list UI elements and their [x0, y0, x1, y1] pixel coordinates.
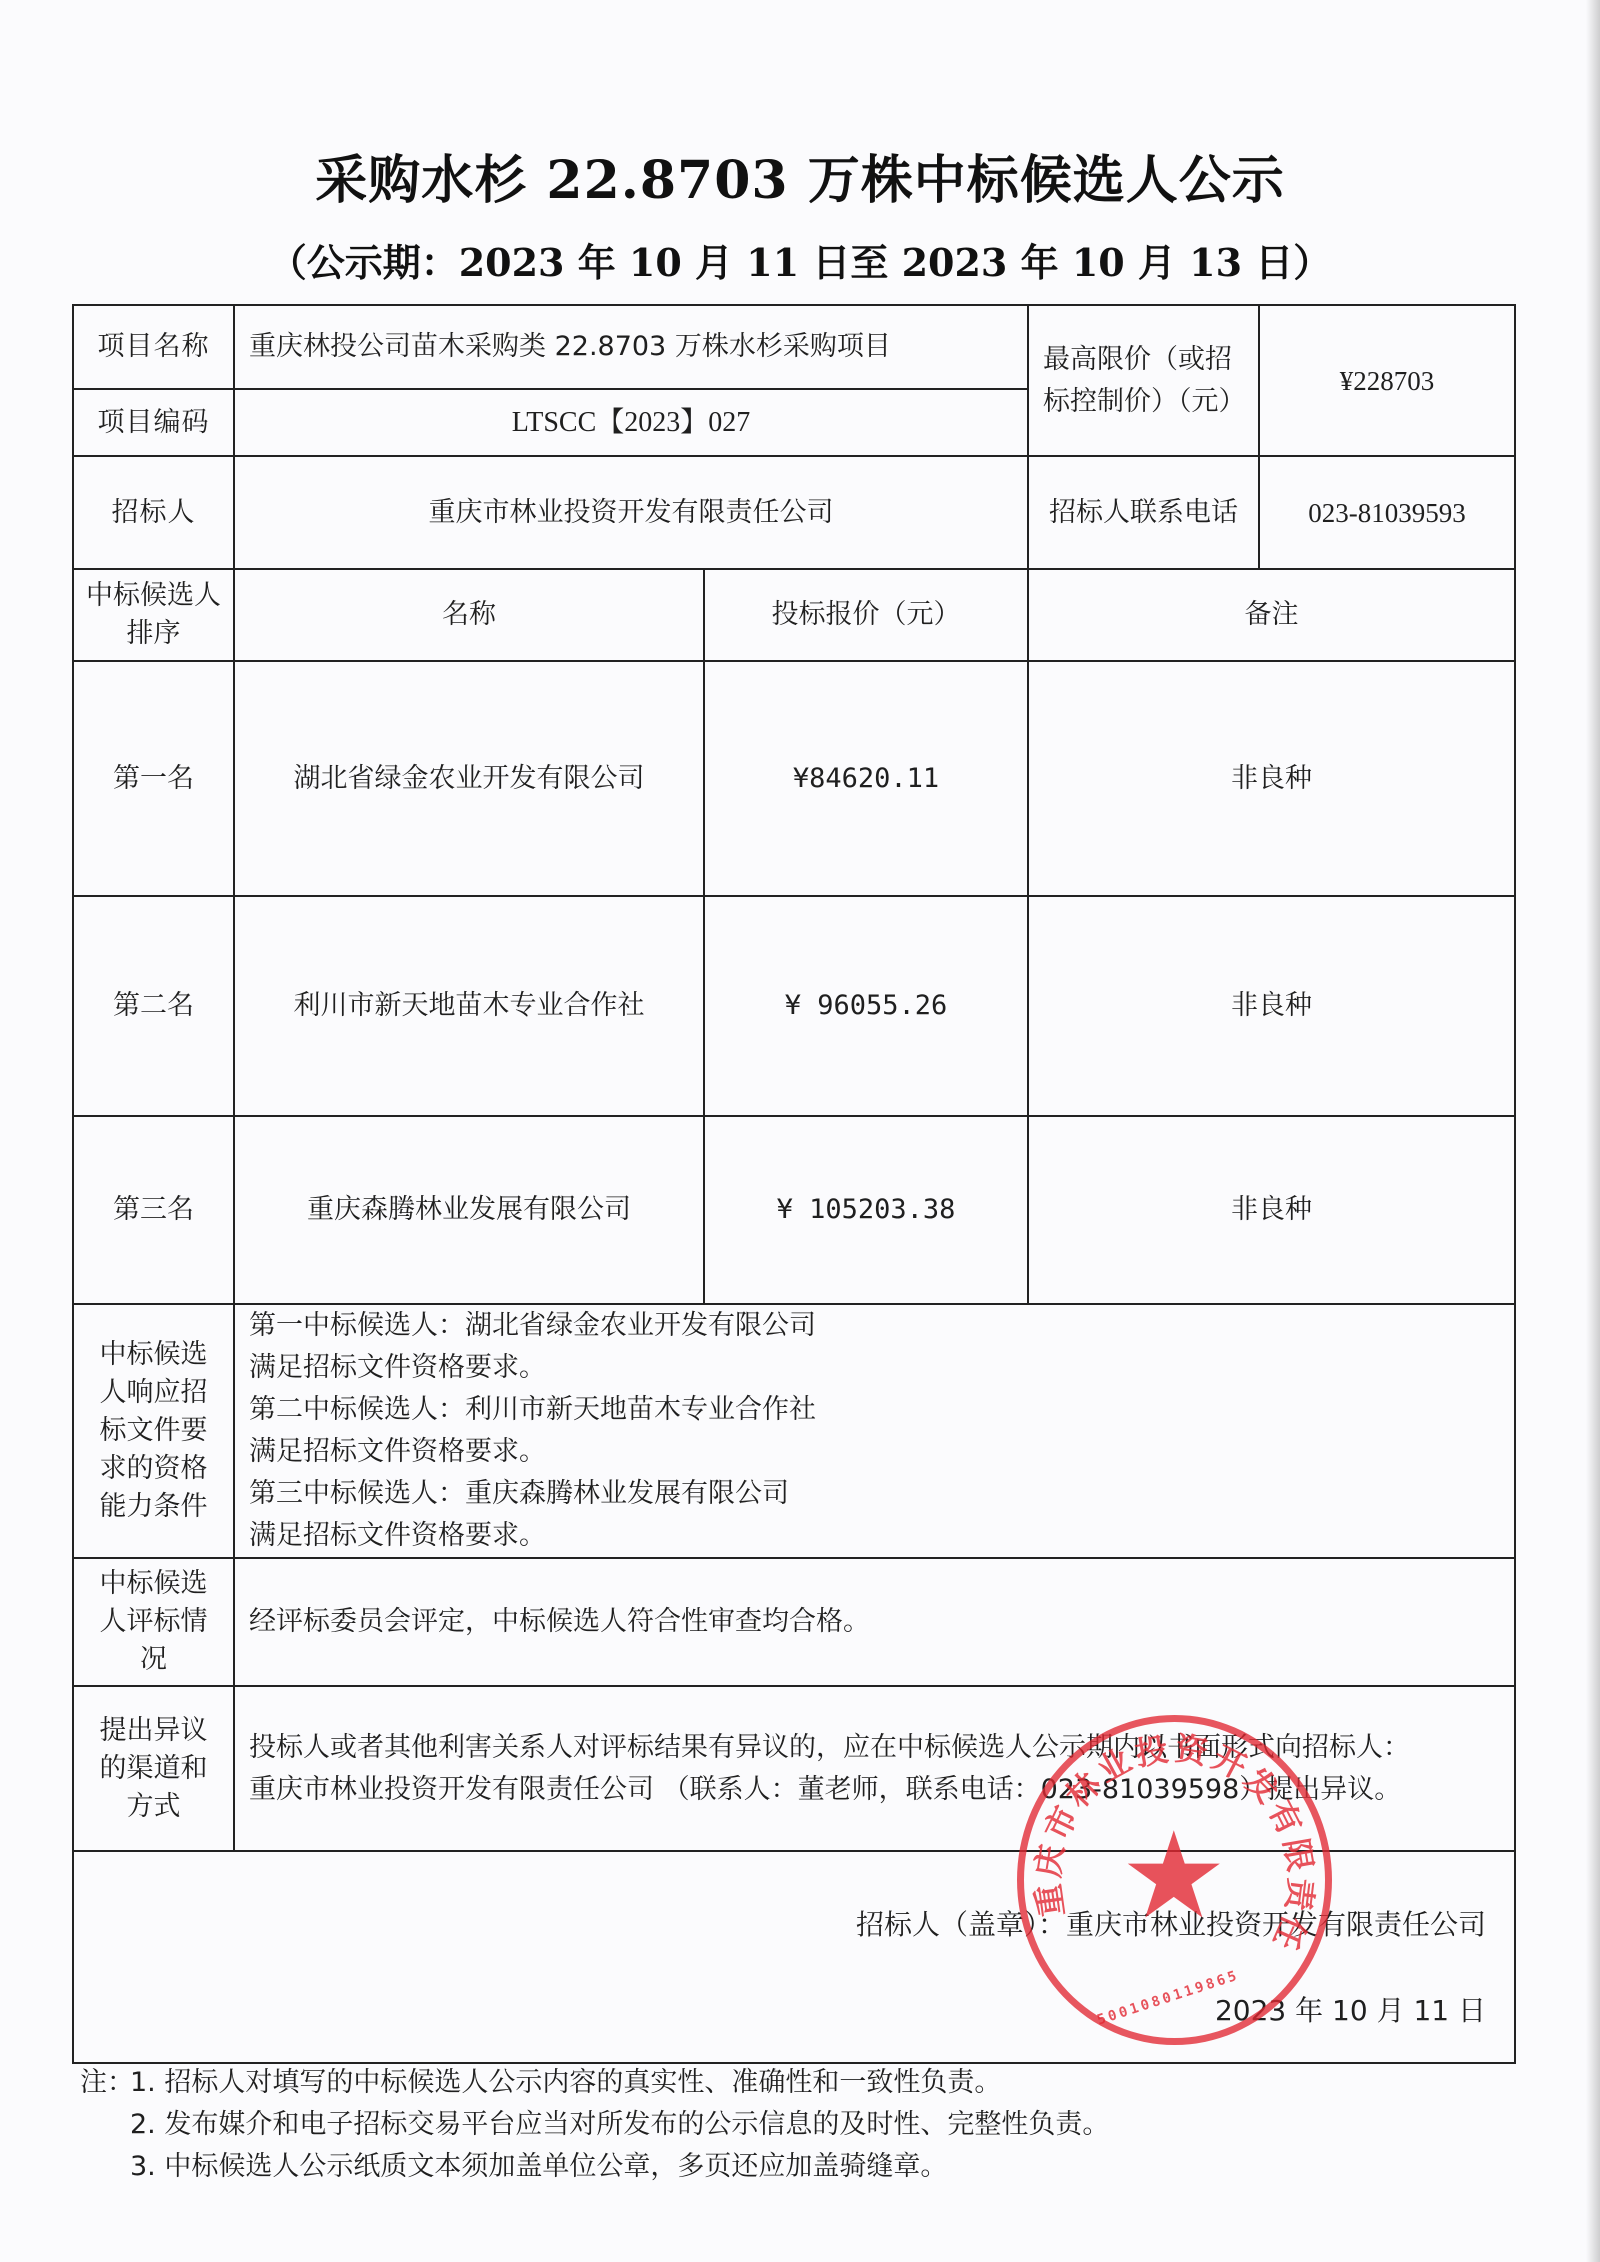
note-item: 2. 发布媒介和电子招标交易平台应当对所发布的公示信息的及时性、完整性负责。 [80, 2104, 1520, 2146]
objection-label: 提出异议的渠道和方式 [73, 1686, 234, 1851]
candidate-rank: 第二名 [73, 896, 234, 1116]
max-price-value: ¥228703 [1259, 305, 1515, 456]
notes-prefix: 注： [80, 2062, 130, 2104]
qualification-line: 第三中标候选人：重庆森腾林业发展有限公司 [249, 1473, 1506, 1515]
signature-date: 2023 年 10 月 11 日 [1215, 1990, 1486, 2032]
evaluation-label: 中标候选人评标情况 [73, 1558, 234, 1686]
candidate-row: 第三名 重庆森腾林业发展有限公司 ¥ 105203.38 非良种 [73, 1116, 1515, 1304]
objection-line-2: 重庆市林业投资开发有限责任公司 （联系人：董老师，联系电话：023-810395… [249, 1769, 1506, 1811]
project-code-label: 项目编码 [73, 389, 234, 456]
candidate-name: 湖北省绿金农业开发有限公司 [234, 661, 704, 896]
document-title: 采购水杉 22.8703 万株中标候选人公示 [0, 138, 1600, 213]
candidate-remark: 非良种 [1028, 896, 1515, 1116]
note-text: 2. 发布媒介和电子招标交易平台应当对所发布的公示信息的及时性、完整性负责。 [130, 2109, 1109, 2140]
qualification-line: 第一中标候选人：湖北省绿金农业开发有限公司 [249, 1305, 1506, 1347]
qualification-content: 第一中标候选人：湖北省绿金农业开发有限公司 满足招标文件资格要求。 第二中标候选… [234, 1304, 1515, 1558]
row-qualification: 中标候选人响应招标文件要求的资格能力条件 第一中标候选人：湖北省绿金农业开发有限… [73, 1304, 1515, 1558]
project-code-value: LTSCC【2023】027 [234, 389, 1028, 456]
header-remark: 备注 [1028, 569, 1515, 661]
scan-edge-shadow [1586, 0, 1600, 2262]
header-bid-price: 投标报价（元） [704, 569, 1028, 661]
project-name-label: 项目名称 [73, 305, 234, 389]
qualification-label: 中标候选人响应招标文件要求的资格能力条件 [73, 1304, 234, 1558]
qualification-line: 第二中标候选人：利川市新天地苗木专业合作社 [249, 1389, 1506, 1431]
candidate-rank: 第一名 [73, 661, 234, 896]
row-signature: 招标人（盖章）：重庆市林业投资开发有限责任公司 2023 年 10 月 11 日 [73, 1851, 1515, 2063]
max-price-label: 最高限价（或招标控制价）（元） [1028, 305, 1259, 456]
candidate-bid-price: ¥ 96055.26 [704, 896, 1028, 1116]
notes-section: 注：1. 招标人对填写的中标候选人公示内容的真实性、准确性和一致性负责。 2. … [80, 2062, 1520, 2188]
qualification-line: 满足招标文件资格要求。 [249, 1515, 1506, 1557]
candidate-name: 重庆森腾林业发展有限公司 [234, 1116, 704, 1304]
candidate-bid-price: ¥ 105203.38 [704, 1116, 1028, 1304]
evaluation-text: 经评标委员会评定，中标候选人符合性审查均合格。 [234, 1558, 1515, 1686]
note-text: 1. 招标人对填写的中标候选人公示内容的真实性、准确性和一致性负责。 [130, 2067, 1001, 2098]
tenderer-phone-value: 023-81039593 [1259, 456, 1515, 569]
tenderer-value: 重庆市林业投资开发有限责任公司 [234, 456, 1028, 569]
note-item: 注：1. 招标人对填写的中标候选人公示内容的真实性、准确性和一致性负责。 [80, 2062, 1520, 2104]
signature-cell: 招标人（盖章）：重庆市林业投资开发有限责任公司 2023 年 10 月 11 日 [73, 1851, 1515, 2063]
note-item: 3. 中标候选人公示纸质文本须加盖单位公章，多页还应加盖骑缝章。 [80, 2146, 1520, 2188]
candidate-remark: 非良种 [1028, 1116, 1515, 1304]
publicity-period: （公示期：2023 年 10 月 11 日至 2023 年 10 月 13 日） [0, 232, 1600, 287]
row-evaluation: 中标候选人评标情况 经评标委员会评定，中标候选人符合性审查均合格。 [73, 1558, 1515, 1686]
candidate-name: 利川市新天地苗木专业合作社 [234, 896, 704, 1116]
signature-line: 招标人（盖章）：重庆市林业投资开发有限责任公司 [856, 1904, 1486, 1946]
candidate-bid-price: ¥84620.11 [704, 661, 1028, 896]
qualification-line: 满足招标文件资格要求。 [249, 1431, 1506, 1473]
candidate-row: 第一名 湖北省绿金农业开发有限公司 ¥84620.11 非良种 [73, 661, 1515, 896]
header-rank: 中标候选人排序 [73, 569, 234, 661]
objection-line-1: 投标人或者其他利害关系人对评标结果有异议的，应在中标候选人公示期内以书面形式向招… [249, 1727, 1506, 1769]
row-objection: 提出异议的渠道和方式 投标人或者其他利害关系人对评标结果有异议的，应在中标候选人… [73, 1686, 1515, 1851]
candidate-rank: 第三名 [73, 1116, 234, 1304]
candidate-row: 第二名 利川市新天地苗木专业合作社 ¥ 96055.26 非良种 [73, 896, 1515, 1116]
header-name: 名称 [234, 569, 704, 661]
candidate-remark: 非良种 [1028, 661, 1515, 896]
row-tenderer: 招标人 重庆市林业投资开发有限责任公司 招标人联系电话 023-81039593 [73, 456, 1515, 569]
objection-content: 投标人或者其他利害关系人对评标结果有异议的，应在中标候选人公示期内以书面形式向招… [234, 1686, 1515, 1851]
note-text: 3. 中标候选人公示纸质文本须加盖单位公章，多页还应加盖骑缝章。 [130, 2151, 947, 2182]
tenderer-label: 招标人 [73, 456, 234, 569]
qualification-line: 满足招标文件资格要求。 [249, 1347, 1506, 1389]
candidates-header-row: 中标候选人排序 名称 投标报价（元） 备注 [73, 569, 1515, 661]
project-name-value: 重庆林投公司苗木采购类 22.8703 万株水杉采购项目 [234, 305, 1028, 389]
announcement-table: 项目名称 重庆林投公司苗木采购类 22.8703 万株水杉采购项目 最高限价（或… [72, 304, 1516, 2064]
tenderer-phone-label: 招标人联系电话 [1028, 456, 1259, 569]
row-project-name: 项目名称 重庆林投公司苗木采购类 22.8703 万株水杉采购项目 最高限价（或… [73, 305, 1515, 389]
